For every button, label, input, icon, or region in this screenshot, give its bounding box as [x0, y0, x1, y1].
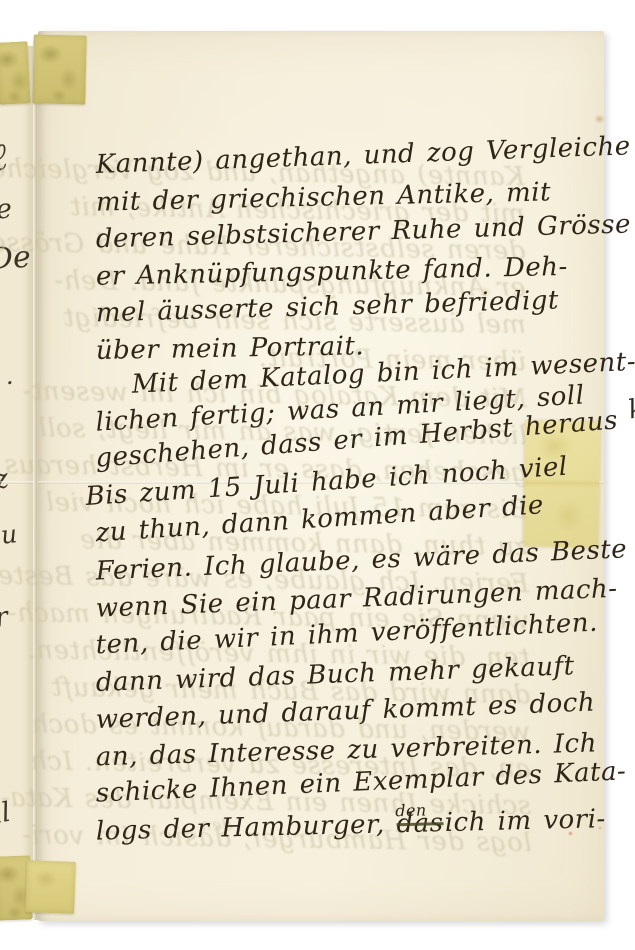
letter-page: Kannte) angethan, und zog Vergleichemit … [38, 31, 604, 921]
tape-top-left [32, 34, 86, 104]
handwritten-text: Kannte) angethan, und zog Vergleichemit … [38, 149, 604, 852]
tape-top-left-outer [0, 41, 31, 105]
text-segment: logs der Hamburger, [96, 809, 397, 846]
ink-fragment: u [0, 521, 18, 548]
foxing-spot [594, 114, 605, 124]
text-segment-inserted: den [395, 792, 427, 830]
ink-fragment: . [6, 364, 14, 388]
ink-fragment: e [0, 195, 13, 224]
text-segment-over-tape: die [501, 490, 545, 523]
text-segment: ich im vori- [433, 804, 606, 838]
scan-background: ℓeDe.zuril— Kannte) angethan, und zog Ve… [0, 0, 635, 950]
tape-bottom-left [25, 860, 76, 914]
text-segment: Kannte) angethan, und zog Vergleiche [95, 131, 631, 180]
text-segment-over-tape: viel [518, 452, 569, 485]
